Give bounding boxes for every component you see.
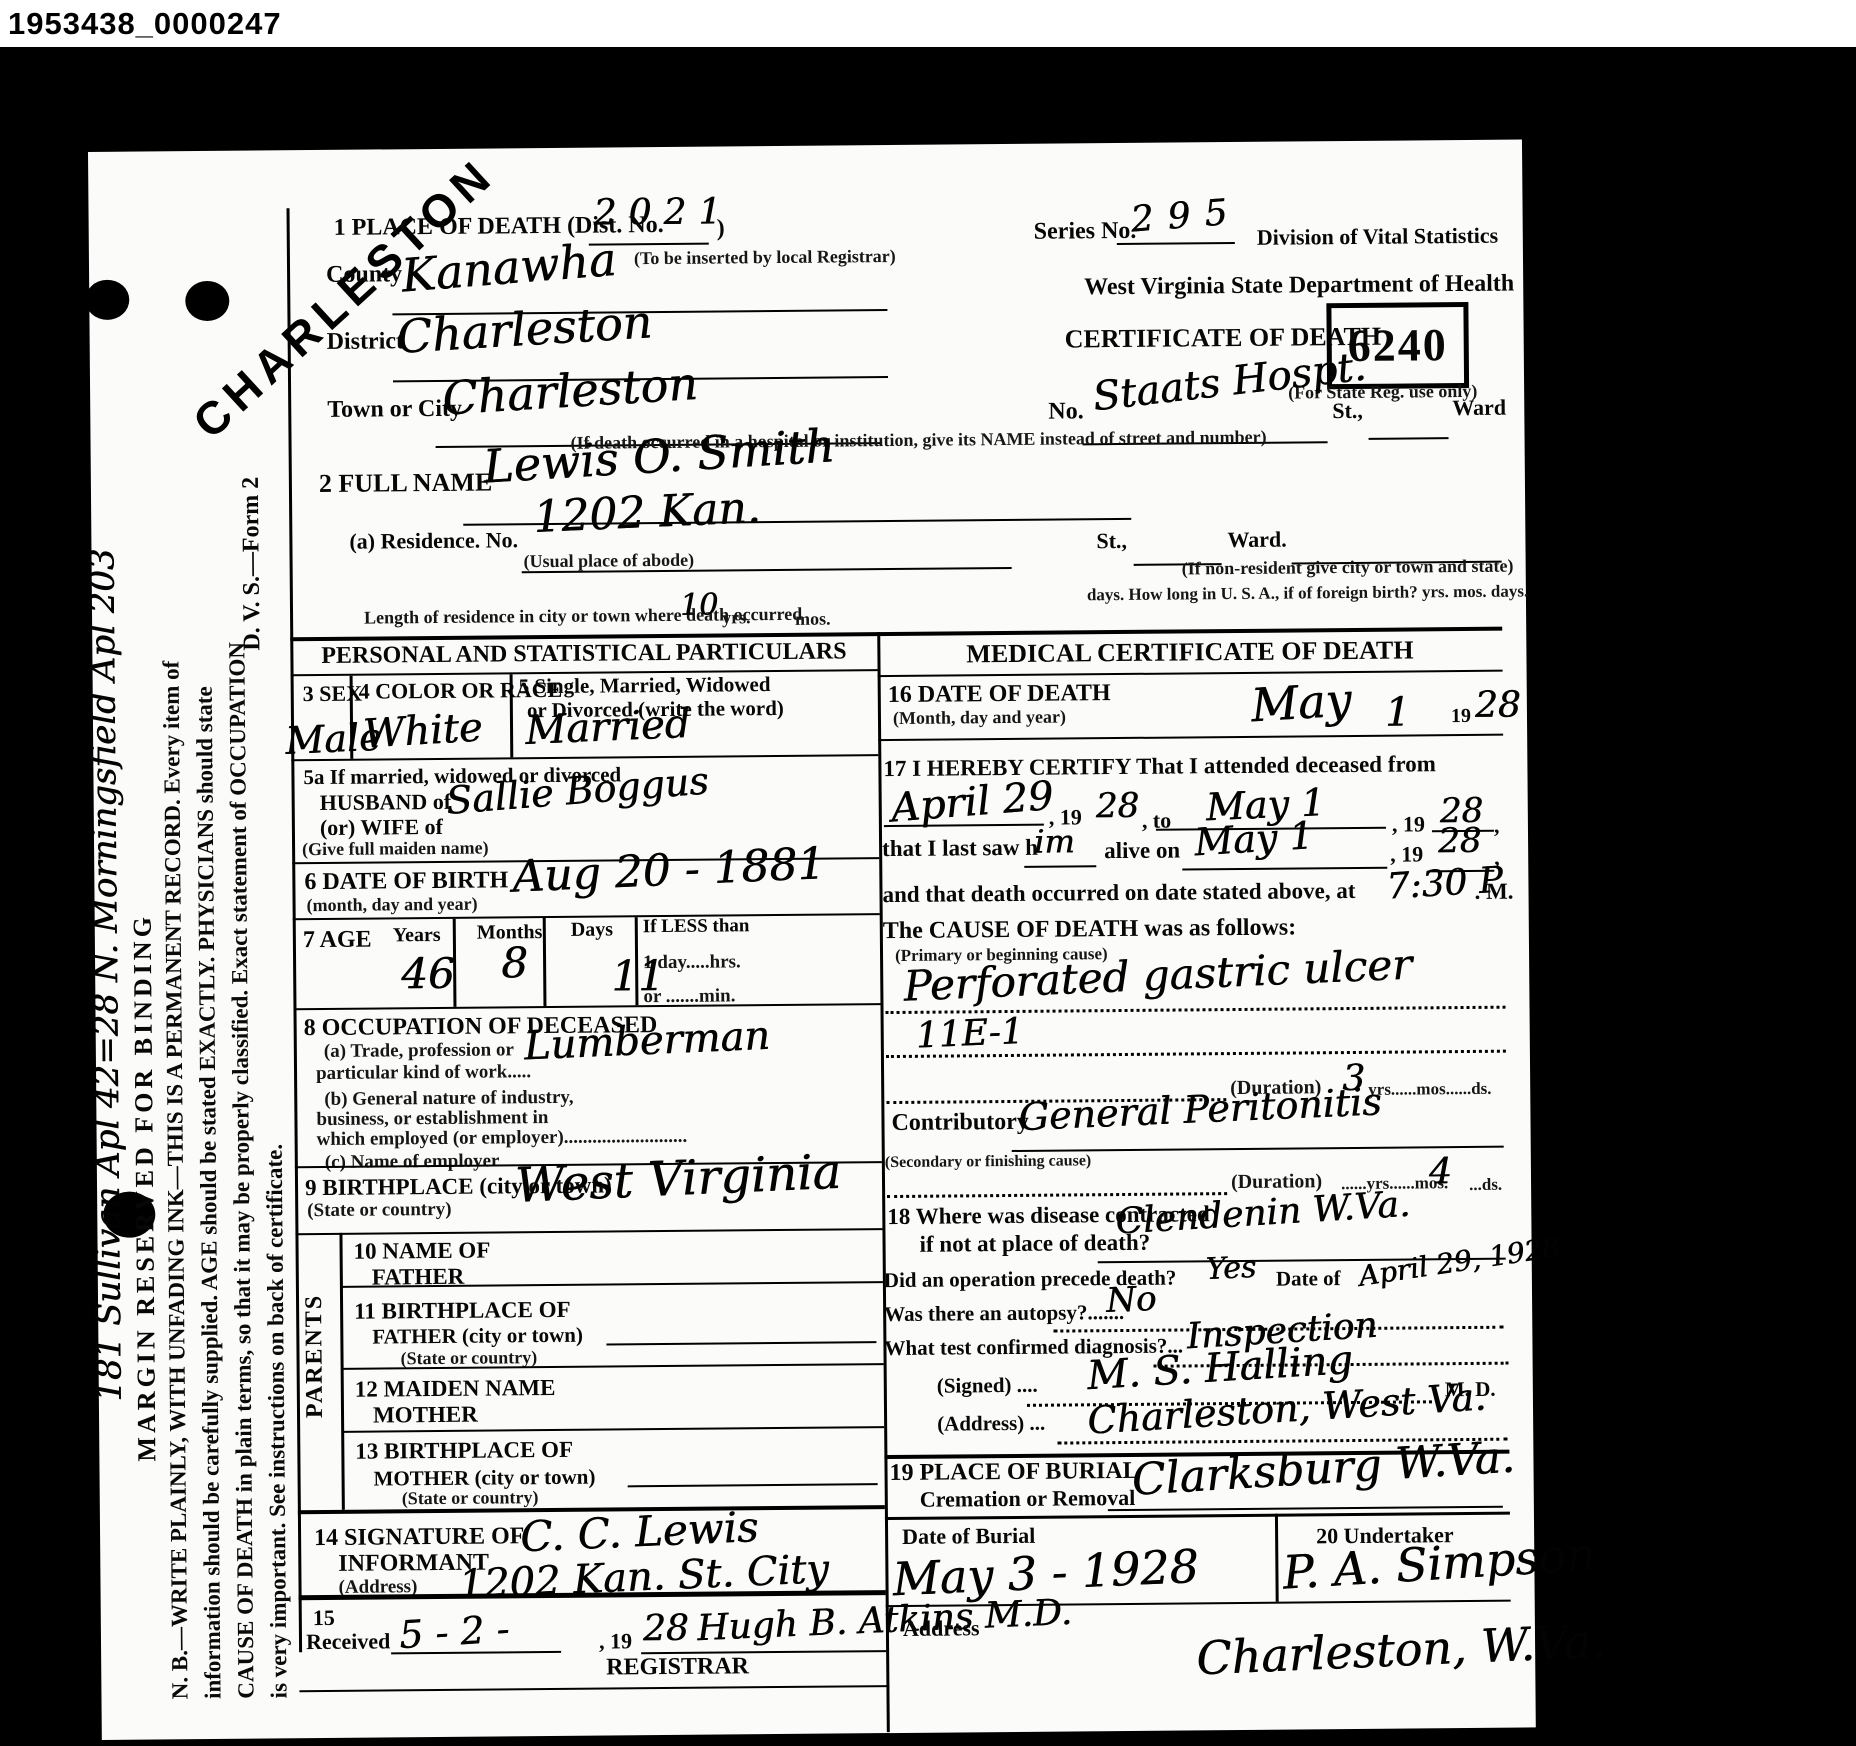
usa-residence-tail: days. How long in U. S. A., if of foreig… <box>1087 582 1528 604</box>
divider <box>1024 865 1096 868</box>
divider <box>299 1685 889 1692</box>
divider <box>635 917 639 1005</box>
divider <box>1275 1514 1279 1602</box>
less-than-label: If LESS than <box>643 916 750 937</box>
divider <box>877 632 890 1732</box>
town-city-value: Charleston <box>441 360 699 422</box>
margin-handwritten-note: 181 Sullivan Apl 42=28 N. Morningsfield … <box>85 548 126 1402</box>
date-of-death-day: 1 <box>1385 692 1411 732</box>
date-of-death-note: (Month, day and year) <box>893 707 1066 727</box>
last-saw-year: 28 <box>1438 824 1482 858</box>
occupation-c: (c) Name of employer <box>325 1151 500 1172</box>
series-no-value: 295 <box>1129 194 1242 239</box>
divider <box>391 1651 561 1654</box>
scanned-death-certificate: 1953438_0000247 CHARLESTON 181 Sullivan … <box>0 0 1856 1746</box>
comma: , <box>1494 814 1500 837</box>
wife-of-label: (or) WIFE of <box>320 815 443 839</box>
st-label: St., <box>1332 399 1363 422</box>
age-years-value: 46 <box>401 953 455 995</box>
informant-label-1: 14 SIGNATURE OF <box>314 1524 524 1551</box>
father-bp-label-1: 11 BIRTHPLACE OF <box>354 1298 571 1324</box>
occupation-value: Lumberman <box>523 1016 771 1067</box>
duration2-months-value: 4 <box>1429 1154 1452 1190</box>
date-of-burial-label: Date of Burial <box>902 1524 1035 1548</box>
residence-label: (a) Residence. No. <box>349 528 518 553</box>
death-occurred-label: and that death occurred on date stated a… <box>882 879 1355 907</box>
sex-label: 3 SEX <box>303 682 362 706</box>
margin-binding-label: MARGIN RESERVED FOR BINDING <box>129 913 161 1462</box>
dob-value: Aug 20 - 1881 <box>511 842 826 900</box>
birthplace-value: West Virginia <box>514 1148 842 1210</box>
divider <box>295 1228 882 1235</box>
divider <box>628 1483 878 1487</box>
registrar-label: REGISTRAR <box>606 1654 749 1680</box>
length-residence-value: 10 <box>680 591 718 621</box>
series-no-label: Series No. <box>1034 219 1137 245</box>
cremation-removal-label: Cremation or Removal <box>920 1486 1136 1511</box>
divider <box>1108 1506 1503 1511</box>
operation-date-label: Date of <box>1276 1267 1341 1290</box>
from-year-value: 28 <box>1096 789 1140 823</box>
father-bp-label-2: FATHER (city or town) <box>372 1324 583 1348</box>
divider <box>878 670 1503 677</box>
divider <box>1369 437 1449 440</box>
date-of-death-year: 28 <box>1475 688 1521 724</box>
received-19-label: , 19 <box>599 1629 632 1652</box>
date-of-death-label: 16 DATE OF DEATH <box>888 681 1111 708</box>
mos-label: mos. <box>795 610 831 629</box>
attended-from-date: April 29 <box>889 776 1054 829</box>
hospital-name-value: Staats Hospt. <box>1091 347 1368 418</box>
divider <box>453 919 457 1007</box>
divider <box>885 1512 1510 1520</box>
last-saw-label-1: that I last saw h <box>882 836 1038 862</box>
mother-bp-note: (State or country) <box>402 1488 539 1508</box>
scan-id: 1953438_0000247 <box>8 6 282 42</box>
birthplace-note: (State or country) <box>307 1200 451 1221</box>
occupation-a1: (a) Trade, profession or <box>324 1040 514 1062</box>
signed-label: (Signed) .... <box>937 1374 1038 1397</box>
marital-label-1: 5 Single, Married, Widowed <box>519 673 771 697</box>
operation-value: Yes <box>1205 1253 1257 1285</box>
place-of-burial-label: 19 PLACE OF BURIAL <box>889 1459 1138 1486</box>
received-label: Received <box>306 1629 390 1653</box>
yrs-label: yrs. <box>722 608 751 627</box>
date-of-death-month: May <box>1250 676 1353 728</box>
last-saw-date: May 1 <box>1193 816 1314 861</box>
district-number-value: 2021 <box>593 194 733 231</box>
to-19-label: , 19 <box>1392 812 1425 835</box>
punch-hole <box>85 280 129 320</box>
registrar-signature-value: Hugh B. Atkins M.D. <box>696 1595 1072 1647</box>
date-of-death-19: 19 <box>1451 706 1471 727</box>
divider <box>543 918 547 1006</box>
ward-label: Ward <box>1452 396 1506 420</box>
margin-form-number: D. V. S.—Form 2 <box>239 477 266 651</box>
received-date-value: 5 - 2 - <box>398 1610 510 1655</box>
district-label: District <box>327 329 405 355</box>
divider <box>293 1003 880 1010</box>
duration2-tail: ...ds. <box>1469 1176 1502 1194</box>
maiden-name-note: (Give full maiden name) <box>302 839 489 860</box>
occupation-a2: particular kind of work..... <box>316 1062 531 1084</box>
place-of-burial-value: Clarksburg W.Va. <box>1131 1436 1516 1503</box>
mother-bp-label-1: 13 BIRTHPLACE OF <box>355 1438 573 1464</box>
nonresident-note: (If non-resident give city or town and s… <box>1182 557 1514 579</box>
divider <box>1182 867 1387 871</box>
operation-date-value: April 29, 1928 <box>1357 1233 1562 1291</box>
inserted-note: (To be inserted by local Registrar) <box>634 247 896 268</box>
received-number: 15 <box>313 1606 335 1629</box>
residence-value: 1202 Kan. <box>532 486 761 540</box>
county-label: County <box>326 262 402 288</box>
age-days-label: Days <box>571 919 613 940</box>
department-title: West Virginia State Department of Health <box>1084 272 1514 301</box>
divider <box>884 824 1044 827</box>
personal-section-title: PERSONAL AND STATISTICAL PARTICULARS <box>290 639 877 669</box>
father-name-label-1: 10 NAME OF <box>354 1239 491 1264</box>
certificate-paper: CHARLESTON 181 Sullivan Apl 42=28 N. Mor… <box>88 139 1536 1739</box>
residence-ward-label: Ward. <box>1227 528 1286 552</box>
occupation-b3: which employed (or employer)............… <box>317 1127 688 1150</box>
last-saw-label-2: alive on <box>1104 838 1180 863</box>
cause-of-death-label: The CAUSE OF DEATH was as follows: <box>883 915 1297 944</box>
divider <box>1117 242 1235 245</box>
divider <box>878 734 1503 741</box>
age-label: 7 AGE <box>303 928 372 954</box>
father-bp-note: (State or country) <box>400 1348 537 1368</box>
punch-hole <box>185 281 229 321</box>
autopsy-value: No <box>1105 1282 1157 1318</box>
received-year-value: 28 <box>643 1611 689 1647</box>
parents-label: PARENTS <box>302 1294 328 1418</box>
marital-value: Married <box>524 704 691 751</box>
dob-label: 6 DATE OF BIRTH <box>304 868 508 895</box>
autopsy-label: Was there an autopsy?....... <box>884 1301 1124 1325</box>
last-saw-19-label: , 19 <box>1390 842 1423 865</box>
race-value: White <box>362 707 484 754</box>
certify-statement: 17 I HEREBY CERTIFY That I attended dece… <box>883 752 1436 781</box>
hospital-no-label: No. <box>1048 399 1084 424</box>
age-years-label: Years <box>393 925 441 946</box>
medical-section-title: MEDICAL CERTIFICATE OF DEATH <box>877 636 1502 669</box>
cause-code-value: 11E-1 <box>915 1014 1024 1055</box>
division-label: Division of Vital Statistics <box>1257 224 1499 249</box>
mother-maiden-label-1: 12 MAIDEN NAME <box>355 1376 556 1402</box>
husband-of-label: HUSBAND of <box>320 790 452 814</box>
abode-note: (Usual place of abode) <box>524 551 695 571</box>
place-close-paren: ) <box>717 216 725 241</box>
county-value: Kanawha <box>400 236 618 299</box>
divider <box>606 1341 876 1345</box>
margin-nb-block: N. B.—WRITE PLAINLY, WITH UNFADING INK—T… <box>154 642 295 1700</box>
district-value: Charleston <box>395 298 653 360</box>
contributory-label: Contributory <box>891 1110 1029 1136</box>
physician-address-label: (Address) ... <box>937 1412 1045 1435</box>
undertaker-address-label: Address <box>903 1616 980 1640</box>
mother-bp-label-2: MOTHER (city or town) <box>373 1466 595 1490</box>
last-saw-him: im <box>1034 825 1075 857</box>
date-of-burial-value: May 3 - 1928 <box>892 1543 1200 1602</box>
scan-header-strip: 1953438_0000247 <box>0 0 1856 47</box>
full-name-value: Lewis O. Smith <box>482 422 836 489</box>
age-months-value: 8 <box>501 942 528 984</box>
duration1-tail: yrs......mos......ds. <box>1368 1080 1491 1099</box>
death-time-m-label: . M. <box>1474 880 1513 904</box>
dob-note: (month, day and year) <box>307 895 478 915</box>
mother-maiden-label-2: MOTHER <box>373 1403 478 1428</box>
full-name-label: 2 FULL NAME <box>319 468 493 497</box>
secondary-cause-note: (Secondary or finishing cause) <box>885 1153 1092 1172</box>
residence-st-label: St., <box>1096 529 1127 552</box>
undertaker-address-value: Charleston, W.Va. <box>1195 1618 1606 1682</box>
contributory-value: General Peritonitis <box>1018 1082 1383 1136</box>
divider <box>339 1233 344 1510</box>
